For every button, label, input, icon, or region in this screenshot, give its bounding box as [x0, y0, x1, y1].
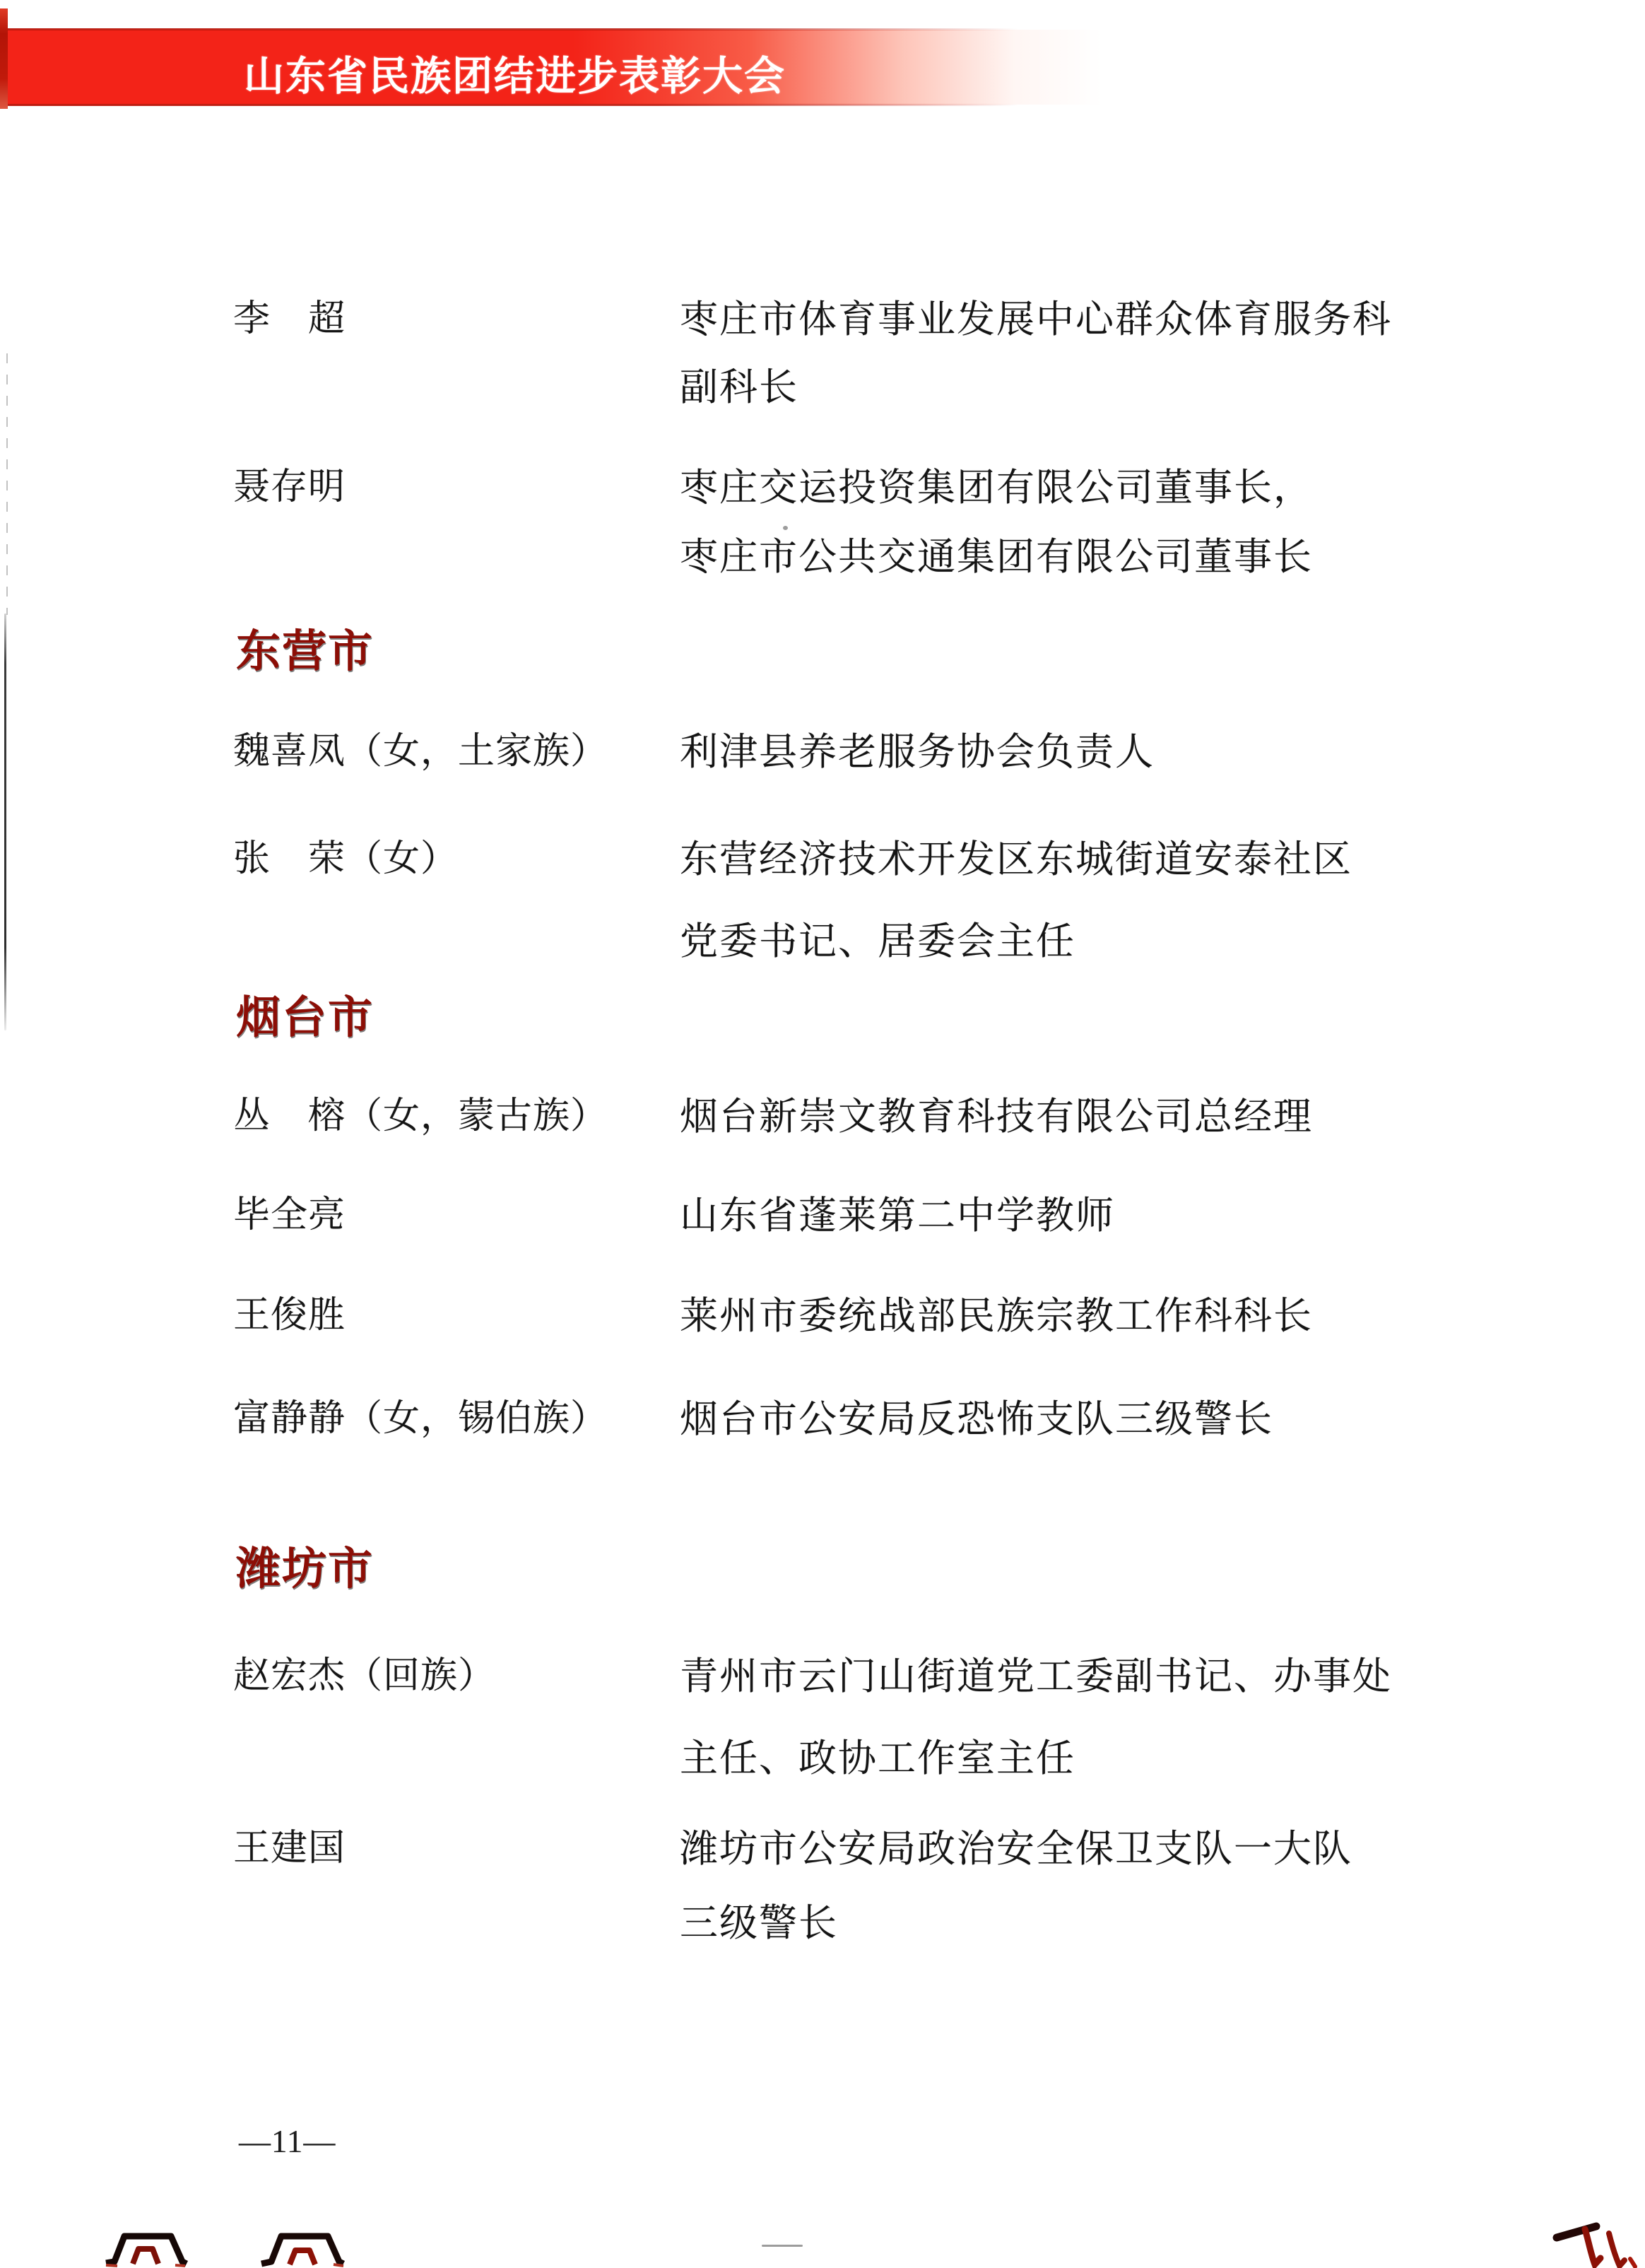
header-banner: 山东省民族团结进步表彰大会	[0, 30, 1102, 105]
page-bleed-glyph-artifact	[260, 2226, 345, 2268]
document-page: 山东省民族团结进步表彰大会 李 超 枣庄市体育事业发展中心群众体育服务科 副科长…	[0, 0, 1645, 2268]
entry-name: 聂存明	[233, 466, 346, 509]
entry-title-line: 利津县养老服务协会负责人	[680, 731, 1155, 773]
entry-name: 魏喜凤（女，土家族）	[233, 731, 608, 773]
page-bleed-glyph-artifact	[1550, 2218, 1643, 2268]
entry-title-line: 枣庄市公共交通集团有限公司董事长	[680, 536, 1313, 578]
entry-name: 王建国	[233, 1828, 346, 1870]
banner-top-edge-line	[0, 28, 1060, 30]
entry-name: 丛 榕（女，蒙古族）	[233, 1095, 608, 1138]
entry-title-line: 烟台新崇文教育科技有限公司总经理	[680, 1095, 1313, 1138]
section-header-weifang: 潍坊市	[236, 1546, 374, 1592]
page-bleed-glyph-artifact	[105, 2226, 188, 2268]
entry-title-line: 副科长	[680, 366, 798, 409]
scan-line-artifact	[4, 613, 6, 1030]
entry-name: 张 荣（女）	[233, 838, 458, 881]
scan-line-faint-artifact	[6, 353, 8, 615]
ink-speck-artifact	[783, 526, 788, 530]
entry-title-line: 青州市云门山街道党工委副书记、办事处	[680, 1655, 1392, 1698]
entry-title-line: 莱州市委统战部民族宗教工作科科长	[680, 1295, 1313, 1337]
ink-smudge-dash-artifact	[762, 2245, 803, 2247]
entry-title-line: 潍坊市公安局政治安全保卫支队一大队	[680, 1828, 1352, 1870]
entry-title-line: 主任、政协工作室主任	[680, 1737, 1075, 1780]
entry-title-line: 三级警长	[680, 1902, 838, 1944]
entry-title-line: 山东省蓬莱第二中学教师	[680, 1194, 1115, 1237]
entry-title-line: 东营经济技术开发区东城街道安泰社区	[680, 838, 1352, 881]
entry-name: 赵宏杰（回族）	[233, 1655, 495, 1698]
section-header-dongying: 东营市	[236, 629, 374, 674]
section-header-yantai: 烟台市	[236, 995, 374, 1040]
banner-bottom-edge-line	[0, 104, 1060, 106]
entry-name: 毕全亮	[233, 1194, 346, 1237]
entry-title-line: 烟台市公安局反恐怖支队三级警长	[680, 1398, 1273, 1440]
banner-title: 山东省民族团结进步表彰大会	[244, 44, 786, 102]
scan-edge-red-sliver	[0, 8, 8, 109]
entry-title-line: 党委书记、居委会主任	[680, 920, 1075, 963]
page-number: —11—	[239, 2123, 336, 2160]
entry-title-line: 枣庄市体育事业发展中心群众体育服务科	[680, 298, 1392, 341]
entry-title-line: 枣庄交运投资集团有限公司董事长，	[680, 466, 1313, 509]
entry-name: 李 超	[233, 298, 346, 341]
entry-name: 王俊胜	[233, 1295, 346, 1337]
entry-name: 富静静（女，锡伯族）	[233, 1398, 608, 1440]
